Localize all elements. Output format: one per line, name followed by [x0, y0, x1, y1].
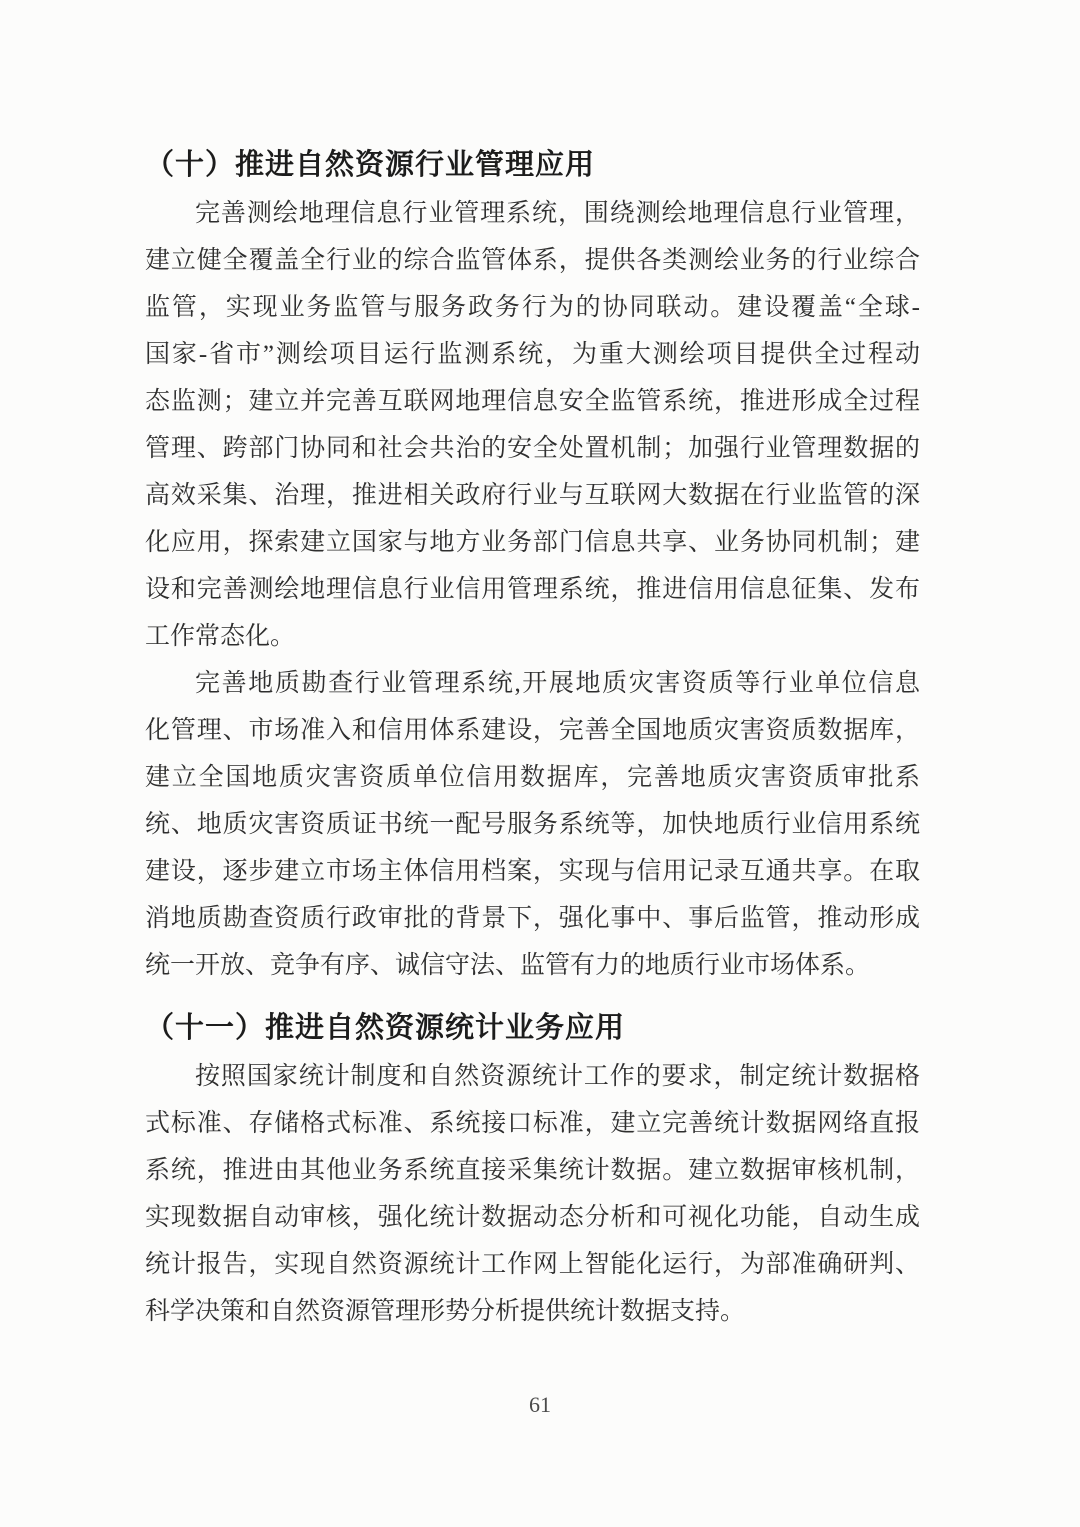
text-line: 统一开放、竞争有序、诚信守法、监管有力的地质行业市场体系。: [145, 942, 920, 989]
text-line: 工作常态化。: [145, 613, 920, 660]
page-number: 61: [0, 1392, 1080, 1418]
text-line: 设和完善测绘地理信息行业信用管理系统，推进信用信息征集、发布: [145, 566, 920, 613]
text-line: 按照国家统计制度和自然资源统计工作的要求，制定统计数据格: [145, 1053, 920, 1100]
paragraph-statistics: 按照国家统计制度和自然资源统计工作的要求，制定统计数据格 式标准、存储格式标准、…: [145, 1053, 920, 1335]
text-line: 国家-省市”测绘项目运行监测系统，为重大测绘项目提供全过程动: [145, 331, 920, 378]
text-line: 化管理、市场准入和信用体系建设，完善全国地质灾害资质数据库，: [145, 707, 920, 754]
text-line: 建立健全覆盖全行业的综合监管体系，提供各类测绘业务的行业综合: [145, 237, 920, 284]
page-content: （十）推进自然资源行业管理应用 完善测绘地理信息行业管理系统，围绕测绘地理信息行…: [145, 140, 920, 1335]
section-heading-11: （十一）推进自然资源统计业务应用: [145, 1003, 920, 1053]
document-page: （十）推进自然资源行业管理应用 完善测绘地理信息行业管理系统，围绕测绘地理信息行…: [0, 0, 1080, 1527]
text-line: 科学决策和自然资源管理形势分析提供统计数据支持。: [145, 1288, 920, 1335]
paragraph-geology-industry: 完善地质勘查行业管理系统,开展地质灾害资质等行业单位信息 化管理、市场准入和信用…: [145, 660, 920, 989]
text-line: 建设，逐步建立市场主体信用档案，实现与信用记录互通共享。在取: [145, 848, 920, 895]
text-line: 完善测绘地理信息行业管理系统，围绕测绘地理信息行业管理，: [145, 190, 920, 237]
text-line: 管理、跨部门协同和社会共治的安全处置机制；加强行业管理数据的: [145, 425, 920, 472]
paragraph-surveying-industry: 完善测绘地理信息行业管理系统，围绕测绘地理信息行业管理， 建立健全覆盖全行业的综…: [145, 190, 920, 660]
text-line: 实现数据自动审核，强化统计数据动态分析和可视化功能，自动生成: [145, 1194, 920, 1241]
text-line: 完善地质勘查行业管理系统,开展地质灾害资质等行业单位信息: [145, 660, 920, 707]
text-line: 态监测；建立并完善互联网地理信息安全监管系统，推进形成全过程: [145, 378, 920, 425]
text-line: 统、地质灾害资质证书统一配号服务系统等，加快地质行业信用系统: [145, 801, 920, 848]
text-line: 化应用，探索建立国家与地方业务部门信息共享、业务协同机制；建: [145, 519, 920, 566]
text-line: 消地质勘查资质行政审批的背景下，强化事中、事后监管，推动形成: [145, 895, 920, 942]
text-line: 系统，推进由其他业务系统直接采集统计数据。建立数据审核机制，: [145, 1147, 920, 1194]
text-line: 高效采集、治理，推进相关政府行业与互联网大数据在行业监管的深: [145, 472, 920, 519]
section-heading-10: （十）推进自然资源行业管理应用: [145, 140, 920, 190]
text-line: 建立全国地质灾害资质单位信用数据库，完善地质灾害资质审批系: [145, 754, 920, 801]
text-line: 式标准、存储格式标准、系统接口标准，建立完善统计数据网络直报: [145, 1100, 920, 1147]
text-line: 监管，实现业务监管与服务政务行为的协同联动。建设覆盖“全球-: [145, 284, 920, 331]
text-line: 统计报告，实现自然资源统计工作网上智能化运行，为部准确研判、: [145, 1241, 920, 1288]
